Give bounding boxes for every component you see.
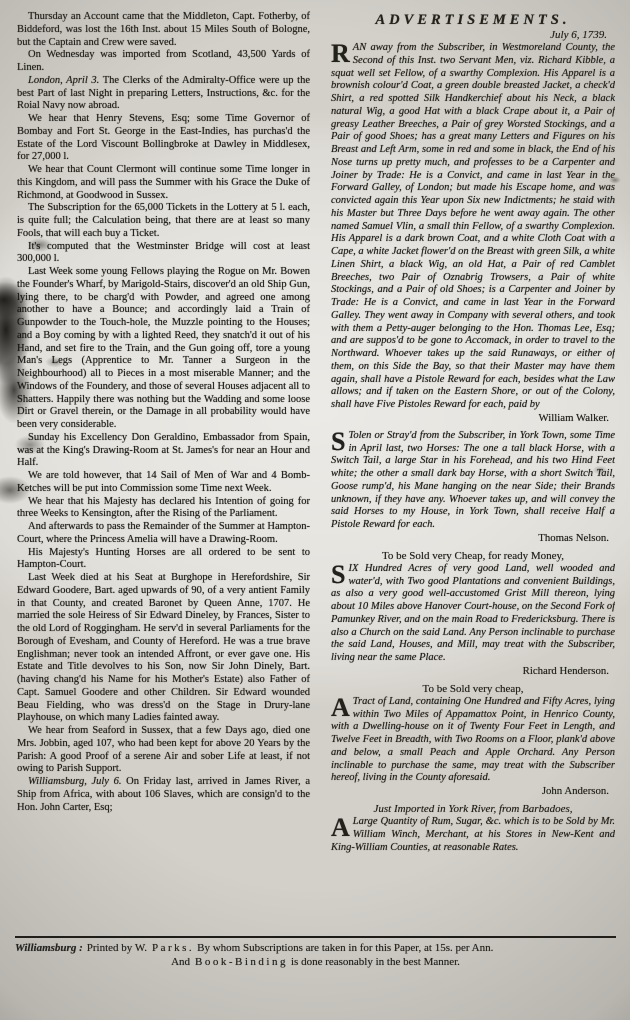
paragraph-text: It's computed that the Westminster Bridg… [17, 241, 310, 265]
ad-text: RAN away from the Subscriber, in Westmor… [331, 42, 615, 412]
news-paragraph: We hear that Henry Stevens, Esq; some Ti… [17, 113, 310, 164]
paragraph-text: His Majesty's Hunting Horses are all ord… [17, 547, 310, 571]
imprint-subscription: By whom Subscriptions are taken in for t… [197, 942, 493, 954]
ad-signature: William Walker. [331, 412, 609, 424]
ad-body-text: IX Hundred Acres of very good Land, well… [331, 563, 615, 663]
advertisements-heading: ADVERTISEMENTS. [331, 12, 615, 29]
dateline: London, April 3. [28, 75, 99, 86]
advertisements-column: ADVERTISEMENTS. July 6, 1739. RAN away f… [331, 11, 615, 934]
news-column: Thursday an Account came that the Middle… [17, 11, 310, 934]
ad-body-text: Large Quantity of Rum, Sugar, &c. which … [331, 816, 615, 853]
imprint-footer: Williamsburg :Printed by W.Parks.By whom… [15, 936, 616, 969]
news-paragraph: It's computed that the Westminster Bridg… [17, 241, 310, 267]
news-paragraph: Last Week some young Fellows playing the… [17, 266, 310, 432]
paragraph-text: We hear that Count Clermont will continu… [17, 164, 310, 201]
dateline: Williamsburg, July 6. [28, 776, 122, 787]
ad-heading: To be Sold very Cheap, for ready Money, [331, 550, 615, 562]
imprint-line1: Williamsburg :Printed by W.Parks.By whom… [15, 942, 616, 956]
paragraph-text: On Wednesday was imported from Scotland,… [17, 49, 310, 73]
drop-cap: A [331, 816, 353, 839]
paragraph-text: Thursday an Account came that the Middle… [17, 11, 310, 48]
ad-heading: Just Imported in York River, from Barbad… [331, 803, 615, 815]
advertisement-land-sale-henrico: To be Sold very cheap, ATract of Land, c… [331, 683, 615, 797]
imprint-line2: AndBook-Bindingis done reasonably in the… [15, 956, 616, 970]
imprint-and: And [171, 956, 190, 968]
news-paragraph: We hear from Seaford in Sussex, that a f… [17, 725, 310, 776]
drop-cap: S [331, 563, 348, 586]
ad-text: STolen or Stray'd from the Subscriber, i… [331, 430, 615, 532]
paragraph-text: And afterwards to pass the Remainder of … [17, 521, 310, 545]
ad-text: SIX Hundred Acres of very good Land, wel… [331, 563, 615, 665]
paragraph-text: We hear that Henry Stevens, Esq; some Ti… [17, 113, 310, 162]
ad-signature: Richard Henderson. [331, 665, 609, 677]
imprint-printed-by: Printed by W. [87, 942, 147, 954]
ad-text: ATract of Land, containing One Hundred a… [331, 696, 615, 785]
ad-body-text: AN away from the Subscriber, in Westmore… [331, 42, 615, 410]
news-paragraph: His Majesty's Hunting Horses are all ord… [17, 547, 310, 573]
paragraph-text: The Subscription for the 65,000 Tickets … [17, 202, 310, 239]
news-paragraph: And afterwards to pass the Remainder of … [17, 521, 310, 547]
advertisements-date: July 6, 1739. [331, 29, 607, 41]
news-paragraph: Last Week died at his Seat at Burghope i… [17, 572, 310, 725]
ad-body-text: Tract of Land, containing One Hundred an… [331, 696, 615, 784]
news-paragraph: Williamsburg, July 6. On Friday last, ar… [17, 776, 310, 814]
news-paragraph: Thursday an Account came that the Middle… [17, 11, 310, 49]
paragraph-text: Last Week died at his Seat at Burghope i… [17, 572, 310, 723]
news-paragraph: We hear that Count Clermont will continu… [17, 164, 310, 202]
advertisement-stolen-horses: STolen or Stray'd from the Subscriber, i… [331, 430, 615, 544]
imprint-line2-rest: is done reasonably in the best Manner. [291, 956, 460, 968]
newspaper-columns: Thursday an Account came that the Middle… [17, 11, 615, 934]
advertisement-runaway-servants: RAN away from the Subscriber, in Westmor… [331, 42, 615, 424]
drop-cap: S [331, 430, 348, 453]
news-paragraph: London, April 3. The Clerks of the Admir… [17, 75, 310, 113]
drop-cap: A [331, 696, 353, 719]
news-paragraph: The Subscription for the 65,000 Tickets … [17, 202, 310, 240]
imprint-bookbinding: Book-Binding [195, 956, 288, 968]
advertisement-rum-sugar-import: Just Imported in York River, from Barbad… [331, 803, 615, 854]
paragraph-text: We hear that his Majesty has declared hi… [17, 496, 310, 520]
paragraph-text: Last Week some young Fellows playing the… [17, 266, 310, 430]
news-paragraph: On Wednesday was imported from Scotland,… [17, 49, 310, 75]
ad-signature: Thomas Nelson. [331, 532, 609, 544]
ad-body-text: Tolen or Stray'd from the Subscriber, in… [331, 430, 615, 530]
imprint-printer-name: Parks. [152, 942, 194, 954]
news-paragraph: We hear that his Majesty has declared hi… [17, 496, 310, 522]
drop-cap: R [331, 42, 353, 65]
ad-text: ALarge Quantity of Rum, Sugar, &c. which… [331, 816, 615, 854]
paragraph-text: We are told however, that 14 Sail of Men… [17, 470, 310, 494]
newspaper-page: Thursday an Account came that the Middle… [0, 0, 630, 1020]
news-paragraph: We are told however, that 14 Sail of Men… [17, 470, 310, 496]
ad-heading: To be Sold very cheap, [331, 683, 615, 695]
imprint-place: Williamsburg : [15, 942, 83, 954]
paragraph-text: Sunday his Excellency Don Geraldino, Emb… [17, 432, 310, 469]
news-paragraph: Sunday his Excellency Don Geraldino, Emb… [17, 432, 310, 470]
paragraph-text: We hear from Seaford in Sussex, that a f… [17, 725, 310, 774]
advertisement-land-sale-hanover: To be Sold very Cheap, for ready Money, … [331, 550, 615, 677]
ad-signature: John Anderson. [331, 785, 609, 797]
